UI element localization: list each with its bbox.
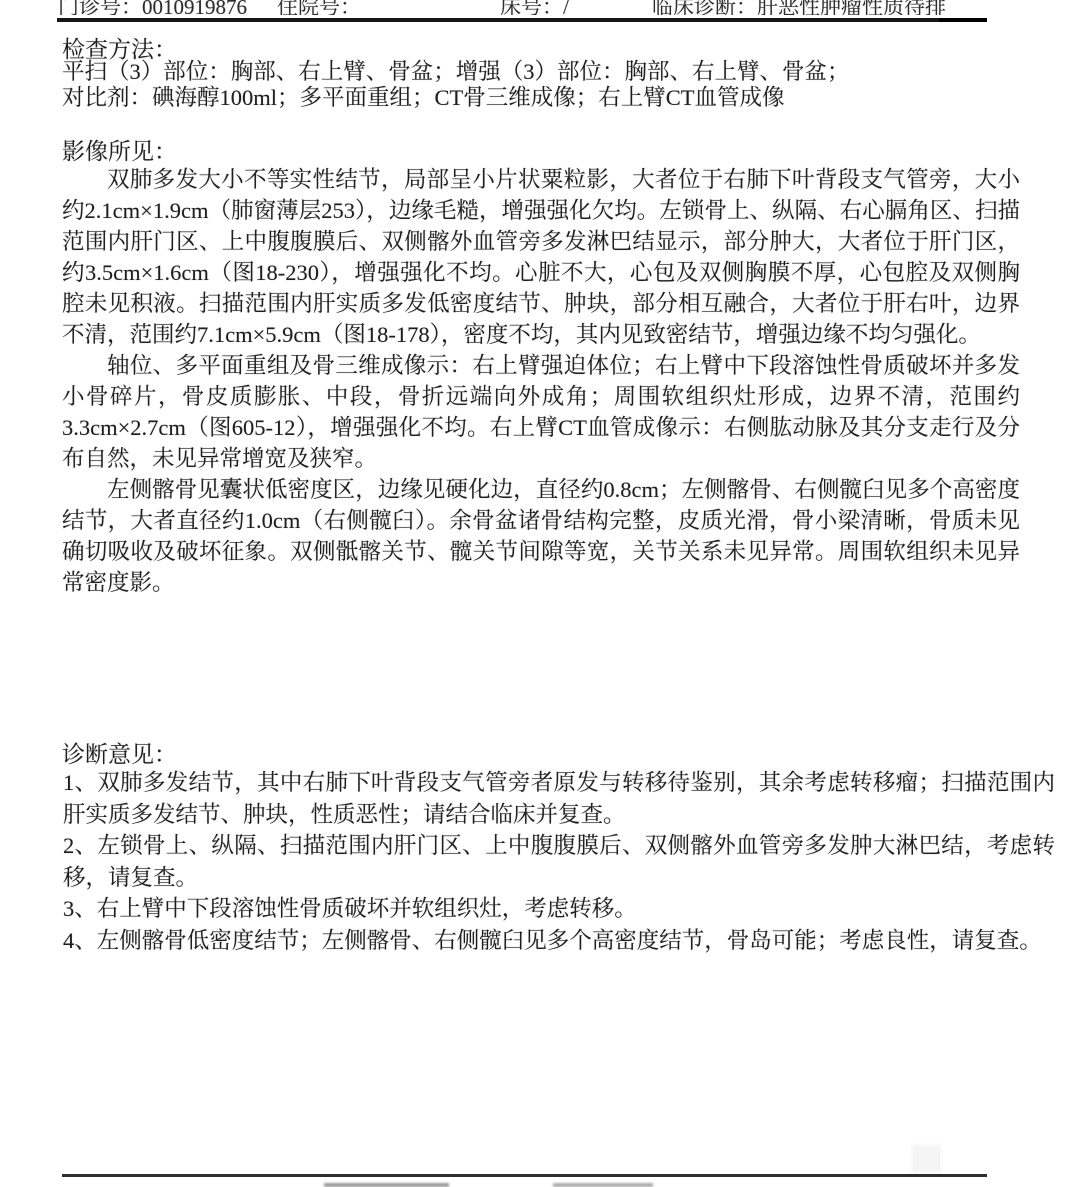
findings-paragraph: 双肺多发大小不等实性结节，局部呈小片状粟粒影，大者位于右肺下叶背段支气管旁，大小…: [62, 164, 1020, 350]
findings-body: 双肺多发大小不等实性结节，局部呈小片状粟粒影，大者位于右肺下叶背段支气管旁，大小…: [62, 164, 1020, 598]
faint-stamp-watermark: [910, 1143, 943, 1175]
clipped-footer-text-smudge: [324, 1183, 449, 1187]
exam-method-line: 对比剂：碘海醇100ml；多平面重组；CT骨三维成像；右上臂CT血管成像: [62, 85, 1062, 111]
diagnosis-item: 2、左锁骨上、纵隔、扫描范围内肝门区、上中腹腹膜后、双侧髂外血管旁多发肿大淋巴结…: [63, 830, 1055, 893]
diagnosis-item: 1、双肺多发结节，其中右肺下叶背段支气管旁者原发与转移待鉴别，其余考虑转移瘤；扫…: [63, 767, 1055, 830]
diagnosis-item: 3、右上臂中下段溶蚀性骨质破坏并软组织灶，考虑转移。: [63, 893, 1055, 925]
header-divider-rule: [57, 18, 987, 22]
patient-info-header: 门诊号：0010919876 住院号： 床号：/ 临床诊断：肝恶性肿瘤性质待排: [0, 0, 1080, 15]
clinical-diagnosis: 临床诊断：肝恶性肿瘤性质待排: [652, 0, 946, 15]
findings-paragraph: 左侧髂骨见囊状低密度区，边缘见硬化边，直径约0.8cm；左侧髂骨、右侧髋臼见多个…: [62, 474, 1020, 598]
findings-paragraph: 轴位、多平面重组及骨三维成像示：右上臂强迫体位；右上臂中下段溶蚀性骨质破坏并多发…: [62, 350, 1020, 474]
report-page: 门诊号：0010919876 住院号： 床号：/ 临床诊断：肝恶性肿瘤性质待排 …: [0, 0, 1080, 1187]
bed-number: 床号：/: [500, 0, 569, 15]
footer-divider-rule: [62, 1174, 987, 1177]
exam-method-lines: 平扫（3）部位：胸部、右上臂、骨盆；增强（3）部位：胸部、右上臂、骨盆； 对比剂…: [62, 59, 1062, 111]
inpatient-number: 住院号：: [277, 0, 361, 15]
clipped-footer-text-smudge: [553, 1183, 653, 1187]
diagnosis-body: 1、双肺多发结节，其中右肺下叶背段支气管旁者原发与转移待鉴别，其余考虑转移瘤；扫…: [63, 767, 1055, 956]
diagnosis-item: 4、左侧髂骨低密度结节；左侧髂骨、右侧髋臼见多个高密度结节，骨岛可能；考虑良性，…: [63, 925, 1055, 957]
diagnosis-title: 诊断意见：: [62, 736, 177, 769]
findings-title: 影像所见：: [62, 133, 177, 166]
outpatient-number: 门诊号：0010919876: [58, 0, 247, 15]
exam-method-line: 平扫（3）部位：胸部、右上臂、骨盆；增强（3）部位：胸部、右上臂、骨盆；: [62, 59, 1062, 85]
